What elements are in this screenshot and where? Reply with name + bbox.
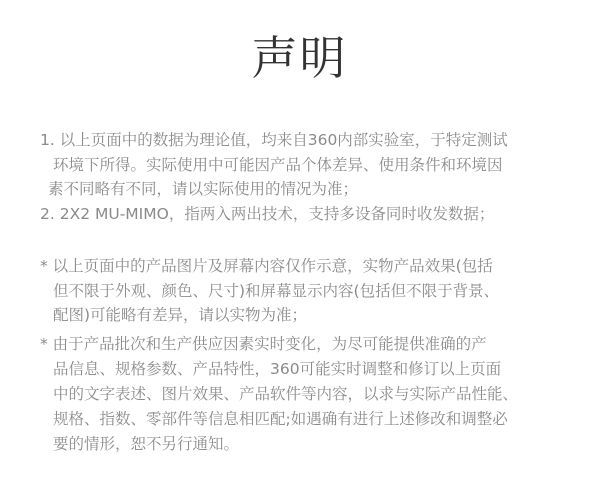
disclaimer-1-line-3: 配图)可能略有差异，请以实物为准； [53,305,307,325]
note-2-line-1: 2. 2X2 MU-MIMO，指两入两出技术，支持多设备同时收发数据； [40,204,494,224]
disclaimer-2-line-2: 品信息、规格参数、产品特性，360可能实时调整和修订以上页面 [53,359,501,379]
disclaimer-2-line-4: 规格、指数、零部件等信息相匹配;如遇确有进行上述修改和调整必 [53,409,508,429]
disclaimer-2-line-5: 要的情形，恕不另行通知。 [53,434,239,454]
note-1-line-3: 素不同略有不同，请以实际使用的情况为准； [48,179,358,199]
disclaimer-2-line-1: * 由于产品批次和生产供应因素实时变化，为尽可能提供准确的产 [40,334,487,354]
disclaimer-1-line-2: 但不限于外观、颜色、尺寸)和屏幕显示内容(包括但不限于背景、 [53,281,499,301]
page-title: 声明 [0,28,599,88]
disclaimer-1-line-1: * 以上页面中的产品图片及屏幕内容仅作示意，实物产品效果(包括 [40,256,493,276]
note-1-line-2: 环境下所得。实际使用中可能因产品个体差异、使用条件和环境因 [53,155,503,175]
disclaimer-2-line-3: 中的文字表述、图片效果、产品软件等内容，以求与实际产品性能、 [53,384,518,404]
note-1-line-1: 1. 以上页面中的数据为理论值，均来自360内部实验室，于特定测试 [40,130,508,150]
